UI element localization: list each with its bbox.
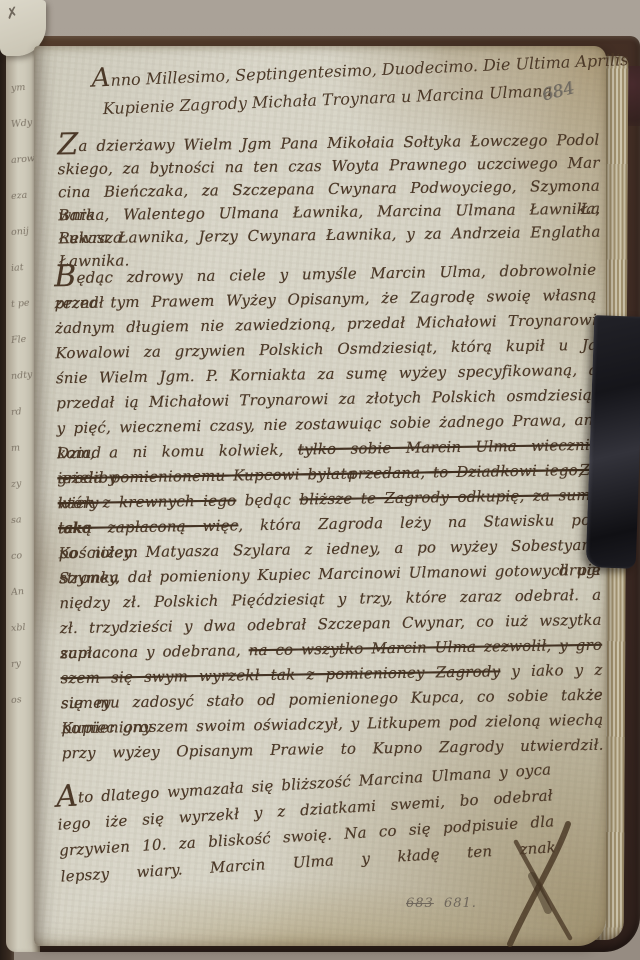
struck-text: szem się swym wyrzekł tak z pomienioney … <box>60 662 500 687</box>
struck-page-number: 683 <box>406 896 434 911</box>
manuscript-body: Za dzierżawy Wielm Jgm Pana Mikołaia Soł… <box>58 132 600 875</box>
photo-scene: ymWdyarowezaonijiatt peFlendtyrdmzysacoA… <box>0 0 640 960</box>
page-number: 681. <box>444 896 477 911</box>
struck-text: wiek z krewnych iego <box>58 491 237 512</box>
paragraph: Ato dlatego wymazała się bliższość Marci… <box>55 756 556 889</box>
signature-x-mark <box>496 818 582 950</box>
page-footer: 683 681. <box>406 896 477 911</box>
illuminated-initial: B <box>54 259 77 294</box>
page-header: Anno Millesimo, Septingentesimo, Duodeci… <box>91 44 571 122</box>
line-text: kom, a ni komu kolwiek, <box>57 440 298 462</box>
illuminated-initial: Z <box>57 127 78 162</box>
paragraph: Za dzierżawy Wielm Jgm Pana Mikołaia Soł… <box>57 129 600 251</box>
pencil-scribble-mark: ✗ <box>4 3 20 23</box>
manuscript-page: Anno Millesimo, Septingentesimo, Duodeci… <box>34 46 606 946</box>
struck-text: iako zapłaconą więc <box>58 516 238 537</box>
paragraph: Będąc zdrowy na ciele y umyśle Marcin Ul… <box>54 258 604 766</box>
line-text: Za dzierżawy Wielm Jgm Pana Mikołaia Soł… <box>57 131 599 156</box>
line-text: zapłacona y odebrana, <box>60 641 249 662</box>
illuminated-initial: A <box>55 779 79 815</box>
line-text: skiego, za bytności na ten czas Woyta Pr… <box>58 154 600 179</box>
line-text: będąc <box>236 490 299 509</box>
leather-strap <box>586 315 640 569</box>
struck-text: na co wszytko Marcin Ulma zezwolił, y gr… <box>249 636 603 660</box>
